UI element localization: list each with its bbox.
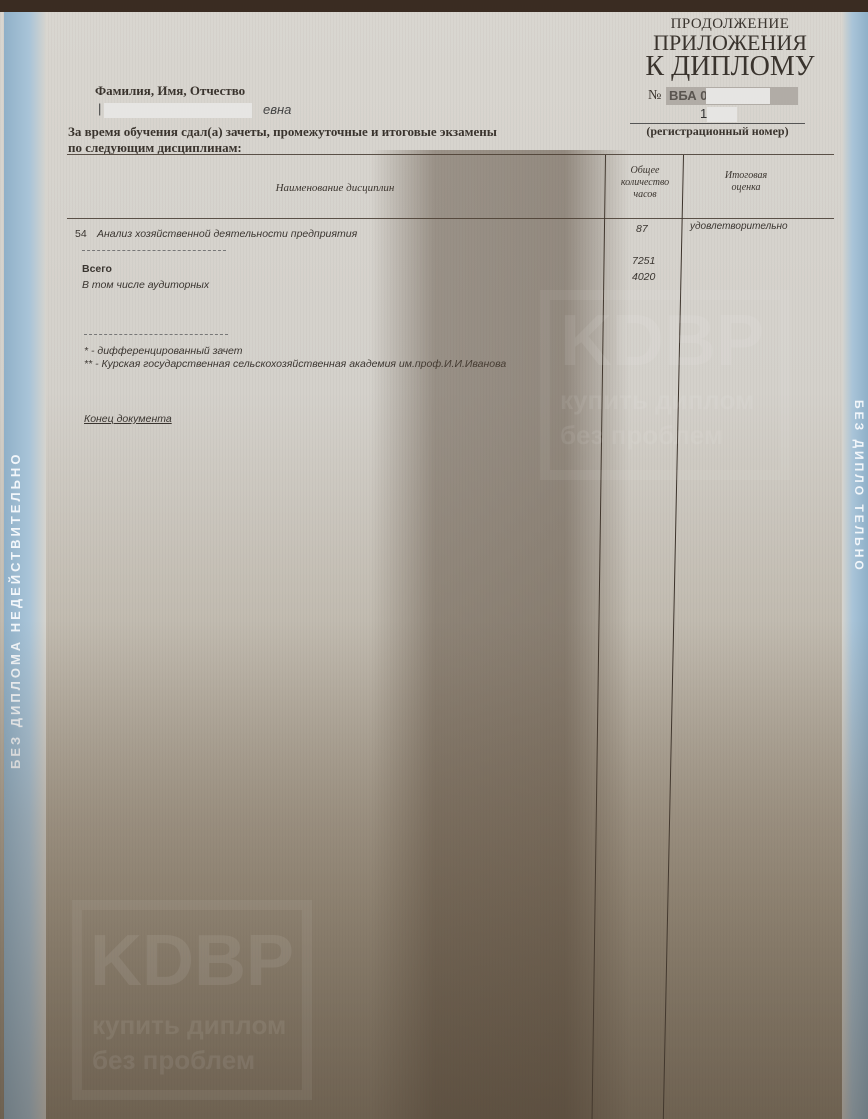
- watermark-text-1-bottom: купить диплом: [92, 1010, 286, 1041]
- auditory-label: В том числе аудиторных: [82, 279, 209, 291]
- reg-number-label: (регистрационный номер): [630, 124, 805, 139]
- watermark-text-1-top: купить диплом: [560, 385, 754, 416]
- redaction-fio: [104, 103, 252, 118]
- watermark-logo-top: KDBP: [560, 300, 764, 382]
- series-value: ВБА 0: [669, 88, 707, 103]
- header-diploma: К ДИПЛОМУ: [632, 51, 828, 83]
- row-hours: 87: [636, 223, 648, 235]
- watermark-text-2-top: без проблем: [560, 420, 723, 451]
- end-of-document: Конец документа: [84, 413, 172, 425]
- row-discipline: Анализ хозяйственной деятельности предпр…: [97, 228, 357, 240]
- total-label: Всего: [82, 263, 112, 275]
- row-grade: удовлетворительно: [690, 221, 788, 232]
- background-edge: [0, 0, 868, 12]
- row-number: 54: [75, 228, 87, 240]
- watermark-logo-bottom: KDBP: [90, 920, 294, 1002]
- separator-dash-2: [84, 334, 228, 335]
- separator-dash-1: [82, 250, 226, 251]
- redaction-reg-number: [707, 107, 737, 122]
- auditory-hours: 4020: [632, 271, 655, 283]
- fio-first-char: |: [98, 101, 101, 116]
- redaction-series: [706, 88, 770, 104]
- header-grade-1: Итоговая: [686, 170, 806, 182]
- intro-line-1: За время обучения сдал(а) зачеты, промеж…: [68, 124, 497, 140]
- fio-value: евна: [263, 102, 291, 117]
- watermark-text-2-bottom: без проблем: [92, 1045, 255, 1076]
- note-1: * - дифференцированный зачет: [84, 345, 242, 357]
- header-grade-2: оценка: [686, 182, 806, 194]
- total-hours: 7251: [632, 255, 655, 267]
- fio-label: Фамилия, Имя, Отчество: [95, 83, 245, 99]
- number-sign: №: [648, 88, 661, 104]
